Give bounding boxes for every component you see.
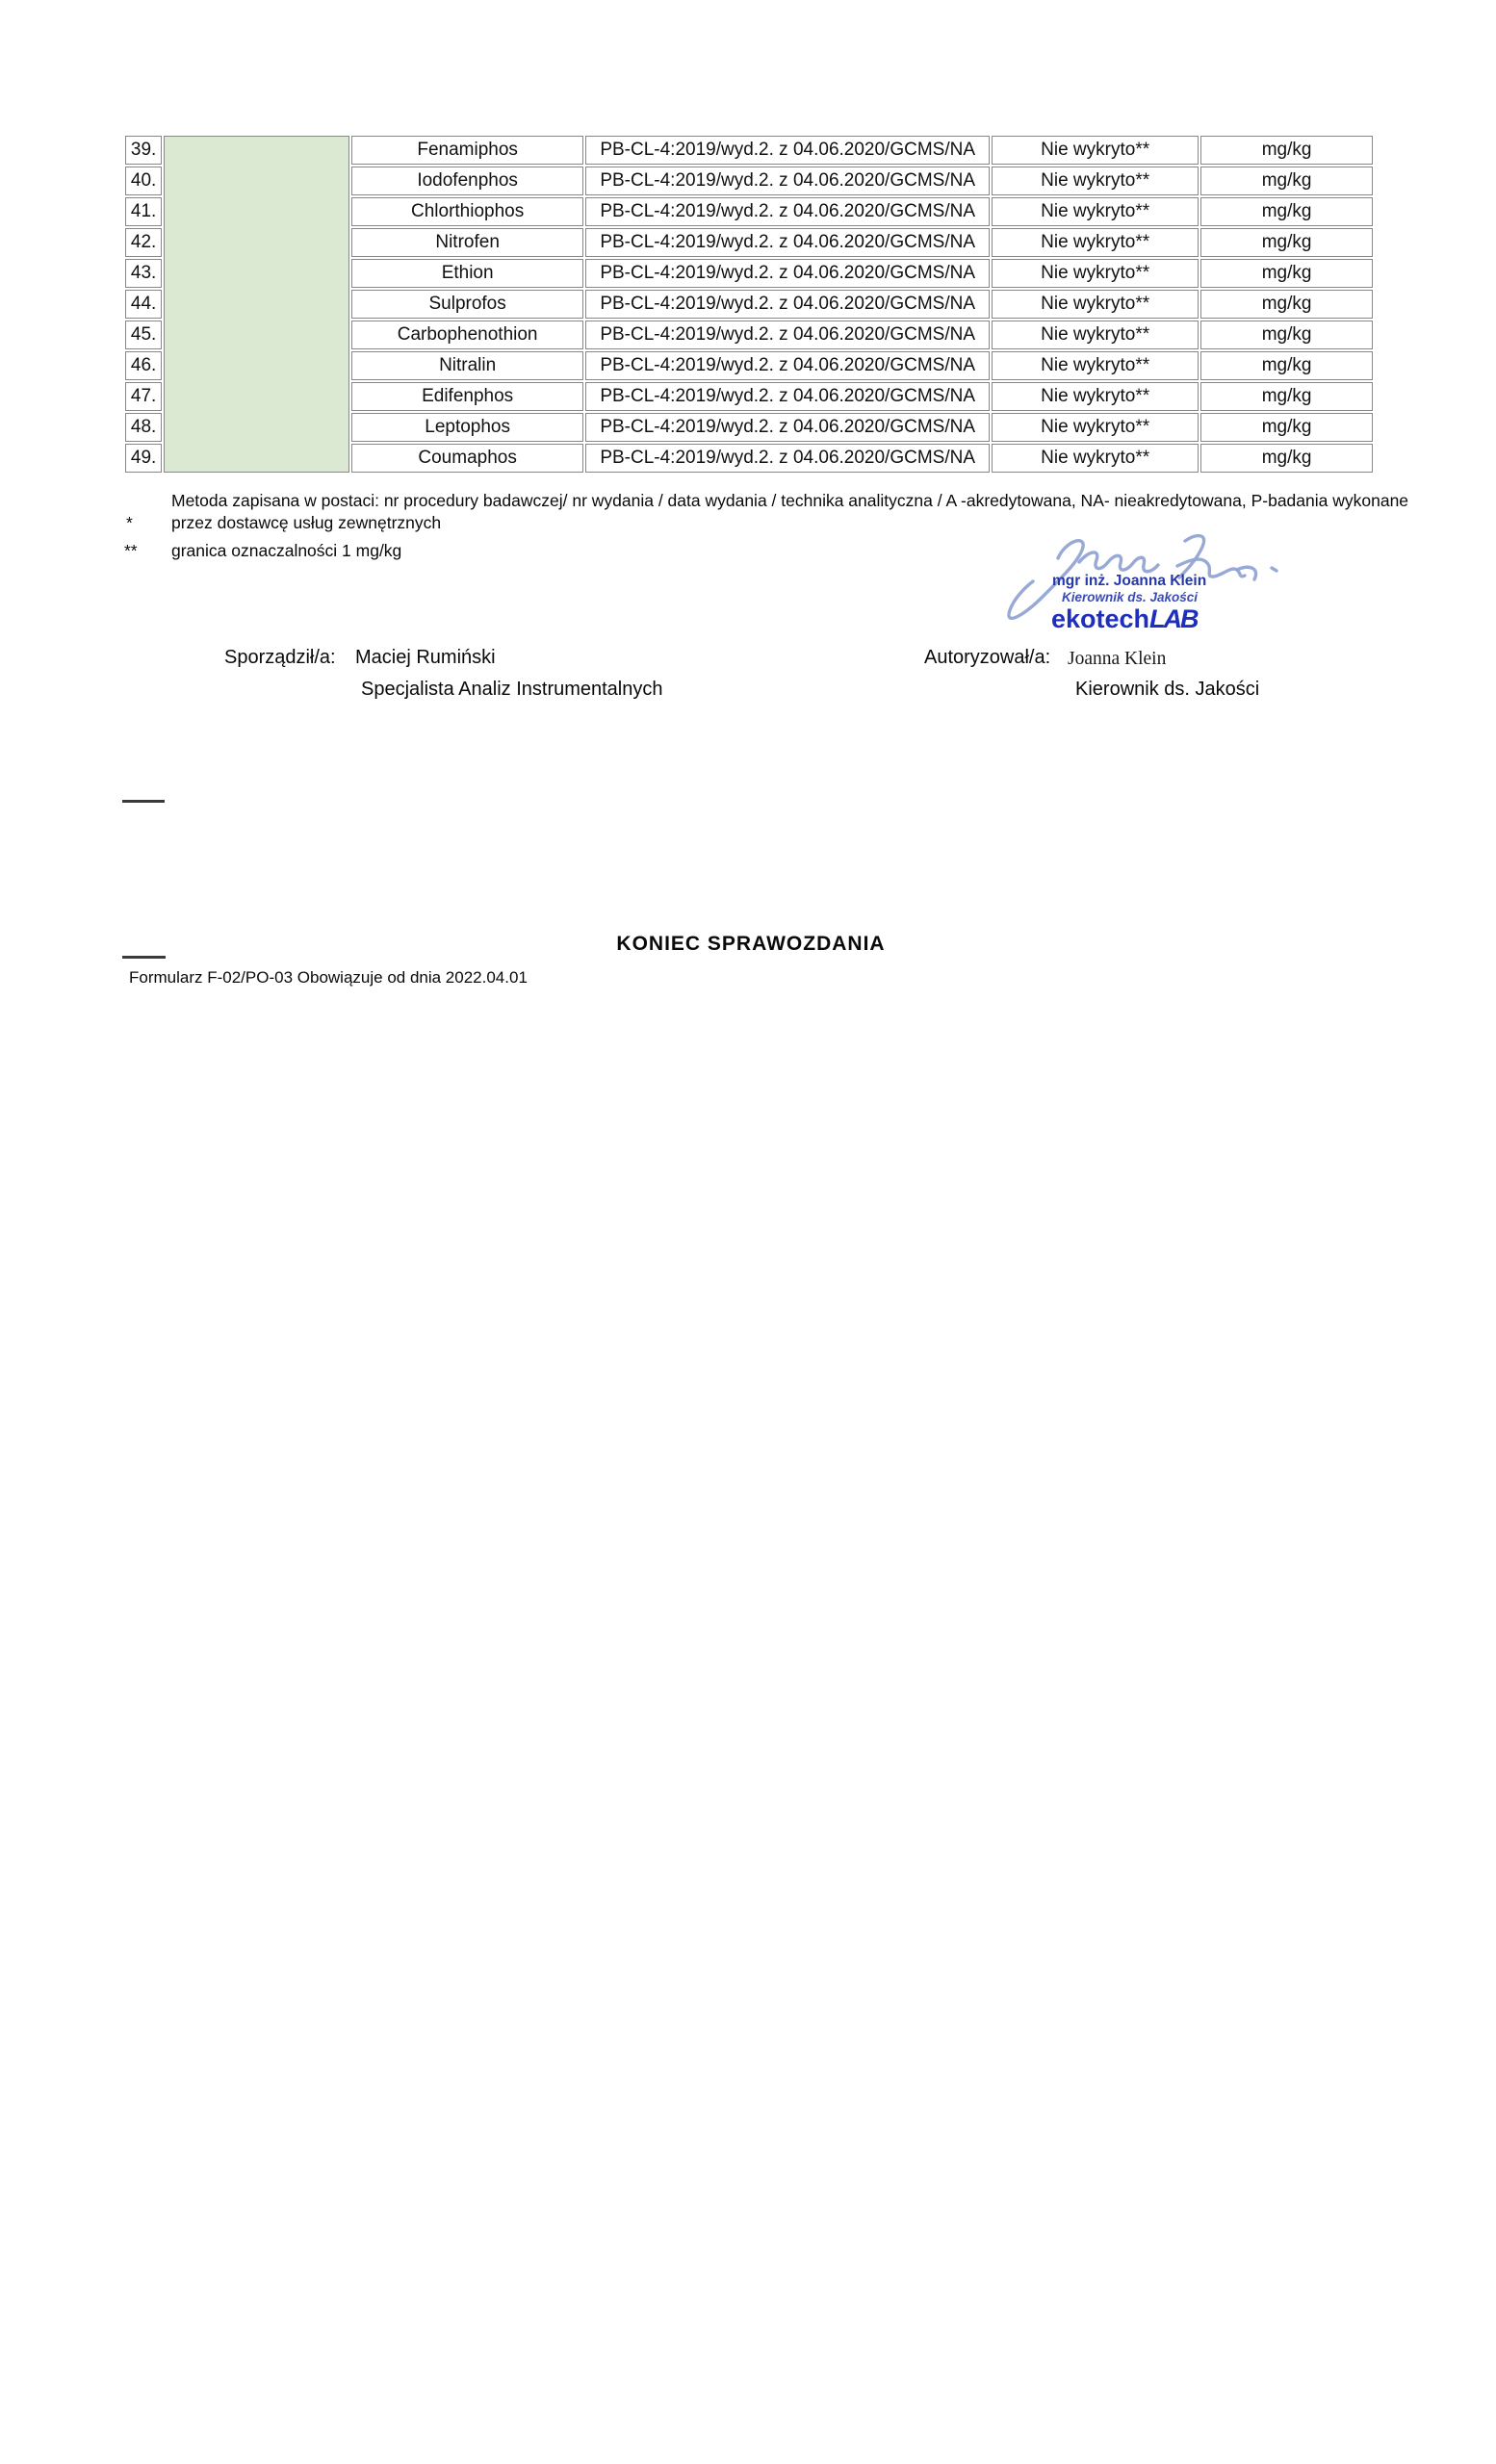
substance-cell: Leptophos — [351, 413, 583, 442]
method-cell: PB-CL-4:2019/wyd.2. z 04.06.2020/GCMS/NA — [585, 259, 990, 288]
prepared-by-label: Sporządził/a: — [224, 647, 336, 669]
method-cell: PB-CL-4:2019/wyd.2. z 04.06.2020/GCMS/NA — [585, 413, 990, 442]
result-cell: Nie wykryto** — [992, 290, 1199, 319]
authorized-by-title: Kierownik ds. Jakości — [1075, 679, 1259, 701]
row-number-cell: 43. — [125, 259, 162, 288]
result-cell: Nie wykryto** — [992, 413, 1199, 442]
method-cell: PB-CL-4:2019/wyd.2. z 04.06.2020/GCMS/NA — [585, 228, 990, 257]
separator-line-top — [122, 800, 165, 803]
unit-cell: mg/kg — [1200, 197, 1373, 226]
substance-cell: Chlorthiophos — [351, 197, 583, 226]
substance-cell: Edifenphos — [351, 382, 583, 411]
method-cell: PB-CL-4:2019/wyd.2. z 04.06.2020/GCMS/NA — [585, 136, 990, 165]
row-number-cell: 47. — [125, 382, 162, 411]
footnote-limit-text: granica oznaczalności 1 mg/kg — [171, 541, 401, 561]
results-table: 39.FenamiphosPB-CL-4:2019/wyd.2. z 04.06… — [123, 134, 1375, 475]
substance-cell: Fenamiphos — [351, 136, 583, 165]
prepared-by-name: Maciej Rumiński — [355, 647, 496, 669]
report-page: 39.FenamiphosPB-CL-4:2019/wyd.2. z 04.06… — [0, 0, 1496, 2464]
unit-cell: mg/kg — [1200, 321, 1373, 349]
method-cell: PB-CL-4:2019/wyd.2. z 04.06.2020/GCMS/NA — [585, 351, 990, 380]
authorized-by-name: Joanna Klein — [1068, 649, 1166, 670]
table-row: 39.FenamiphosPB-CL-4:2019/wyd.2. z 04.06… — [125, 136, 1373, 165]
method-cell: PB-CL-4:2019/wyd.2. z 04.06.2020/GCMS/NA — [585, 290, 990, 319]
footnote-star-symbol: * — [126, 513, 133, 533]
substance-cell: Sulprofos — [351, 290, 583, 319]
result-cell: Nie wykryto** — [992, 321, 1199, 349]
logo-ekotech-text: ekotech — [1051, 604, 1149, 633]
result-cell: Nie wykryto** — [992, 444, 1199, 473]
footnote-method-line2: przez dostawcę usług zewnętrznych — [171, 513, 441, 533]
unit-cell: mg/kg — [1200, 290, 1373, 319]
row-number-cell: 41. — [125, 197, 162, 226]
category-cell — [164, 136, 349, 473]
substance-cell: Nitrofen — [351, 228, 583, 257]
footnote-doublestar-symbol: ** — [124, 541, 138, 561]
unit-cell: mg/kg — [1200, 136, 1373, 165]
unit-cell: mg/kg — [1200, 228, 1373, 257]
footnote-method-line1: Metoda zapisana w postaci: nr procedury … — [171, 491, 1408, 511]
end-of-report-title: KONIEC SPRAWOZDANIA — [539, 933, 963, 956]
separator-line-bottom — [122, 956, 166, 959]
method-cell: PB-CL-4:2019/wyd.2. z 04.06.2020/GCMS/NA — [585, 321, 990, 349]
result-cell: Nie wykryto** — [992, 351, 1199, 380]
stamp-name: mgr inż. Joanna Klein — [1052, 573, 1206, 590]
result-cell: Nie wykryto** — [992, 136, 1199, 165]
row-number-cell: 48. — [125, 413, 162, 442]
substance-cell: Coumaphos — [351, 444, 583, 473]
row-number-cell: 42. — [125, 228, 162, 257]
unit-cell: mg/kg — [1200, 444, 1373, 473]
row-number-cell: 39. — [125, 136, 162, 165]
row-number-cell: 40. — [125, 167, 162, 195]
unit-cell: mg/kg — [1200, 167, 1373, 195]
method-cell: PB-CL-4:2019/wyd.2. z 04.06.2020/GCMS/NA — [585, 444, 990, 473]
method-cell: PB-CL-4:2019/wyd.2. z 04.06.2020/GCMS/NA — [585, 167, 990, 195]
form-reference-note: Formularz F-02/PO-03 Obowiązuje od dnia … — [129, 968, 528, 988]
result-cell: Nie wykryto** — [992, 197, 1199, 226]
row-number-cell: 44. — [125, 290, 162, 319]
unit-cell: mg/kg — [1200, 351, 1373, 380]
stamp-title: Kierownik ds. Jakości — [1062, 590, 1198, 604]
unit-cell: mg/kg — [1200, 382, 1373, 411]
method-cell: PB-CL-4:2019/wyd.2. z 04.06.2020/GCMS/NA — [585, 382, 990, 411]
logo-lab-text: LAB — [1149, 604, 1198, 633]
result-cell: Nie wykryto** — [992, 228, 1199, 257]
row-number-cell: 46. — [125, 351, 162, 380]
result-cell: Nie wykryto** — [992, 259, 1199, 288]
result-cell: Nie wykryto** — [992, 167, 1199, 195]
substance-cell: Nitralin — [351, 351, 583, 380]
row-number-cell: 49. — [125, 444, 162, 473]
prepared-by-title: Specjalista Analiz Instrumentalnych — [361, 679, 663, 701]
row-number-cell: 45. — [125, 321, 162, 349]
substance-cell: Carbophenothion — [351, 321, 583, 349]
ekotechlab-logo: ekotechLAB — [1051, 604, 1198, 634]
method-cell: PB-CL-4:2019/wyd.2. z 04.06.2020/GCMS/NA — [585, 197, 990, 226]
authorized-by-label: Autoryzował/a: — [924, 647, 1050, 669]
substance-cell: Iodofenphos — [351, 167, 583, 195]
unit-cell: mg/kg — [1200, 259, 1373, 288]
unit-cell: mg/kg — [1200, 413, 1373, 442]
results-table-body: 39.FenamiphosPB-CL-4:2019/wyd.2. z 04.06… — [125, 136, 1373, 473]
substance-cell: Ethion — [351, 259, 583, 288]
result-cell: Nie wykryto** — [992, 382, 1199, 411]
